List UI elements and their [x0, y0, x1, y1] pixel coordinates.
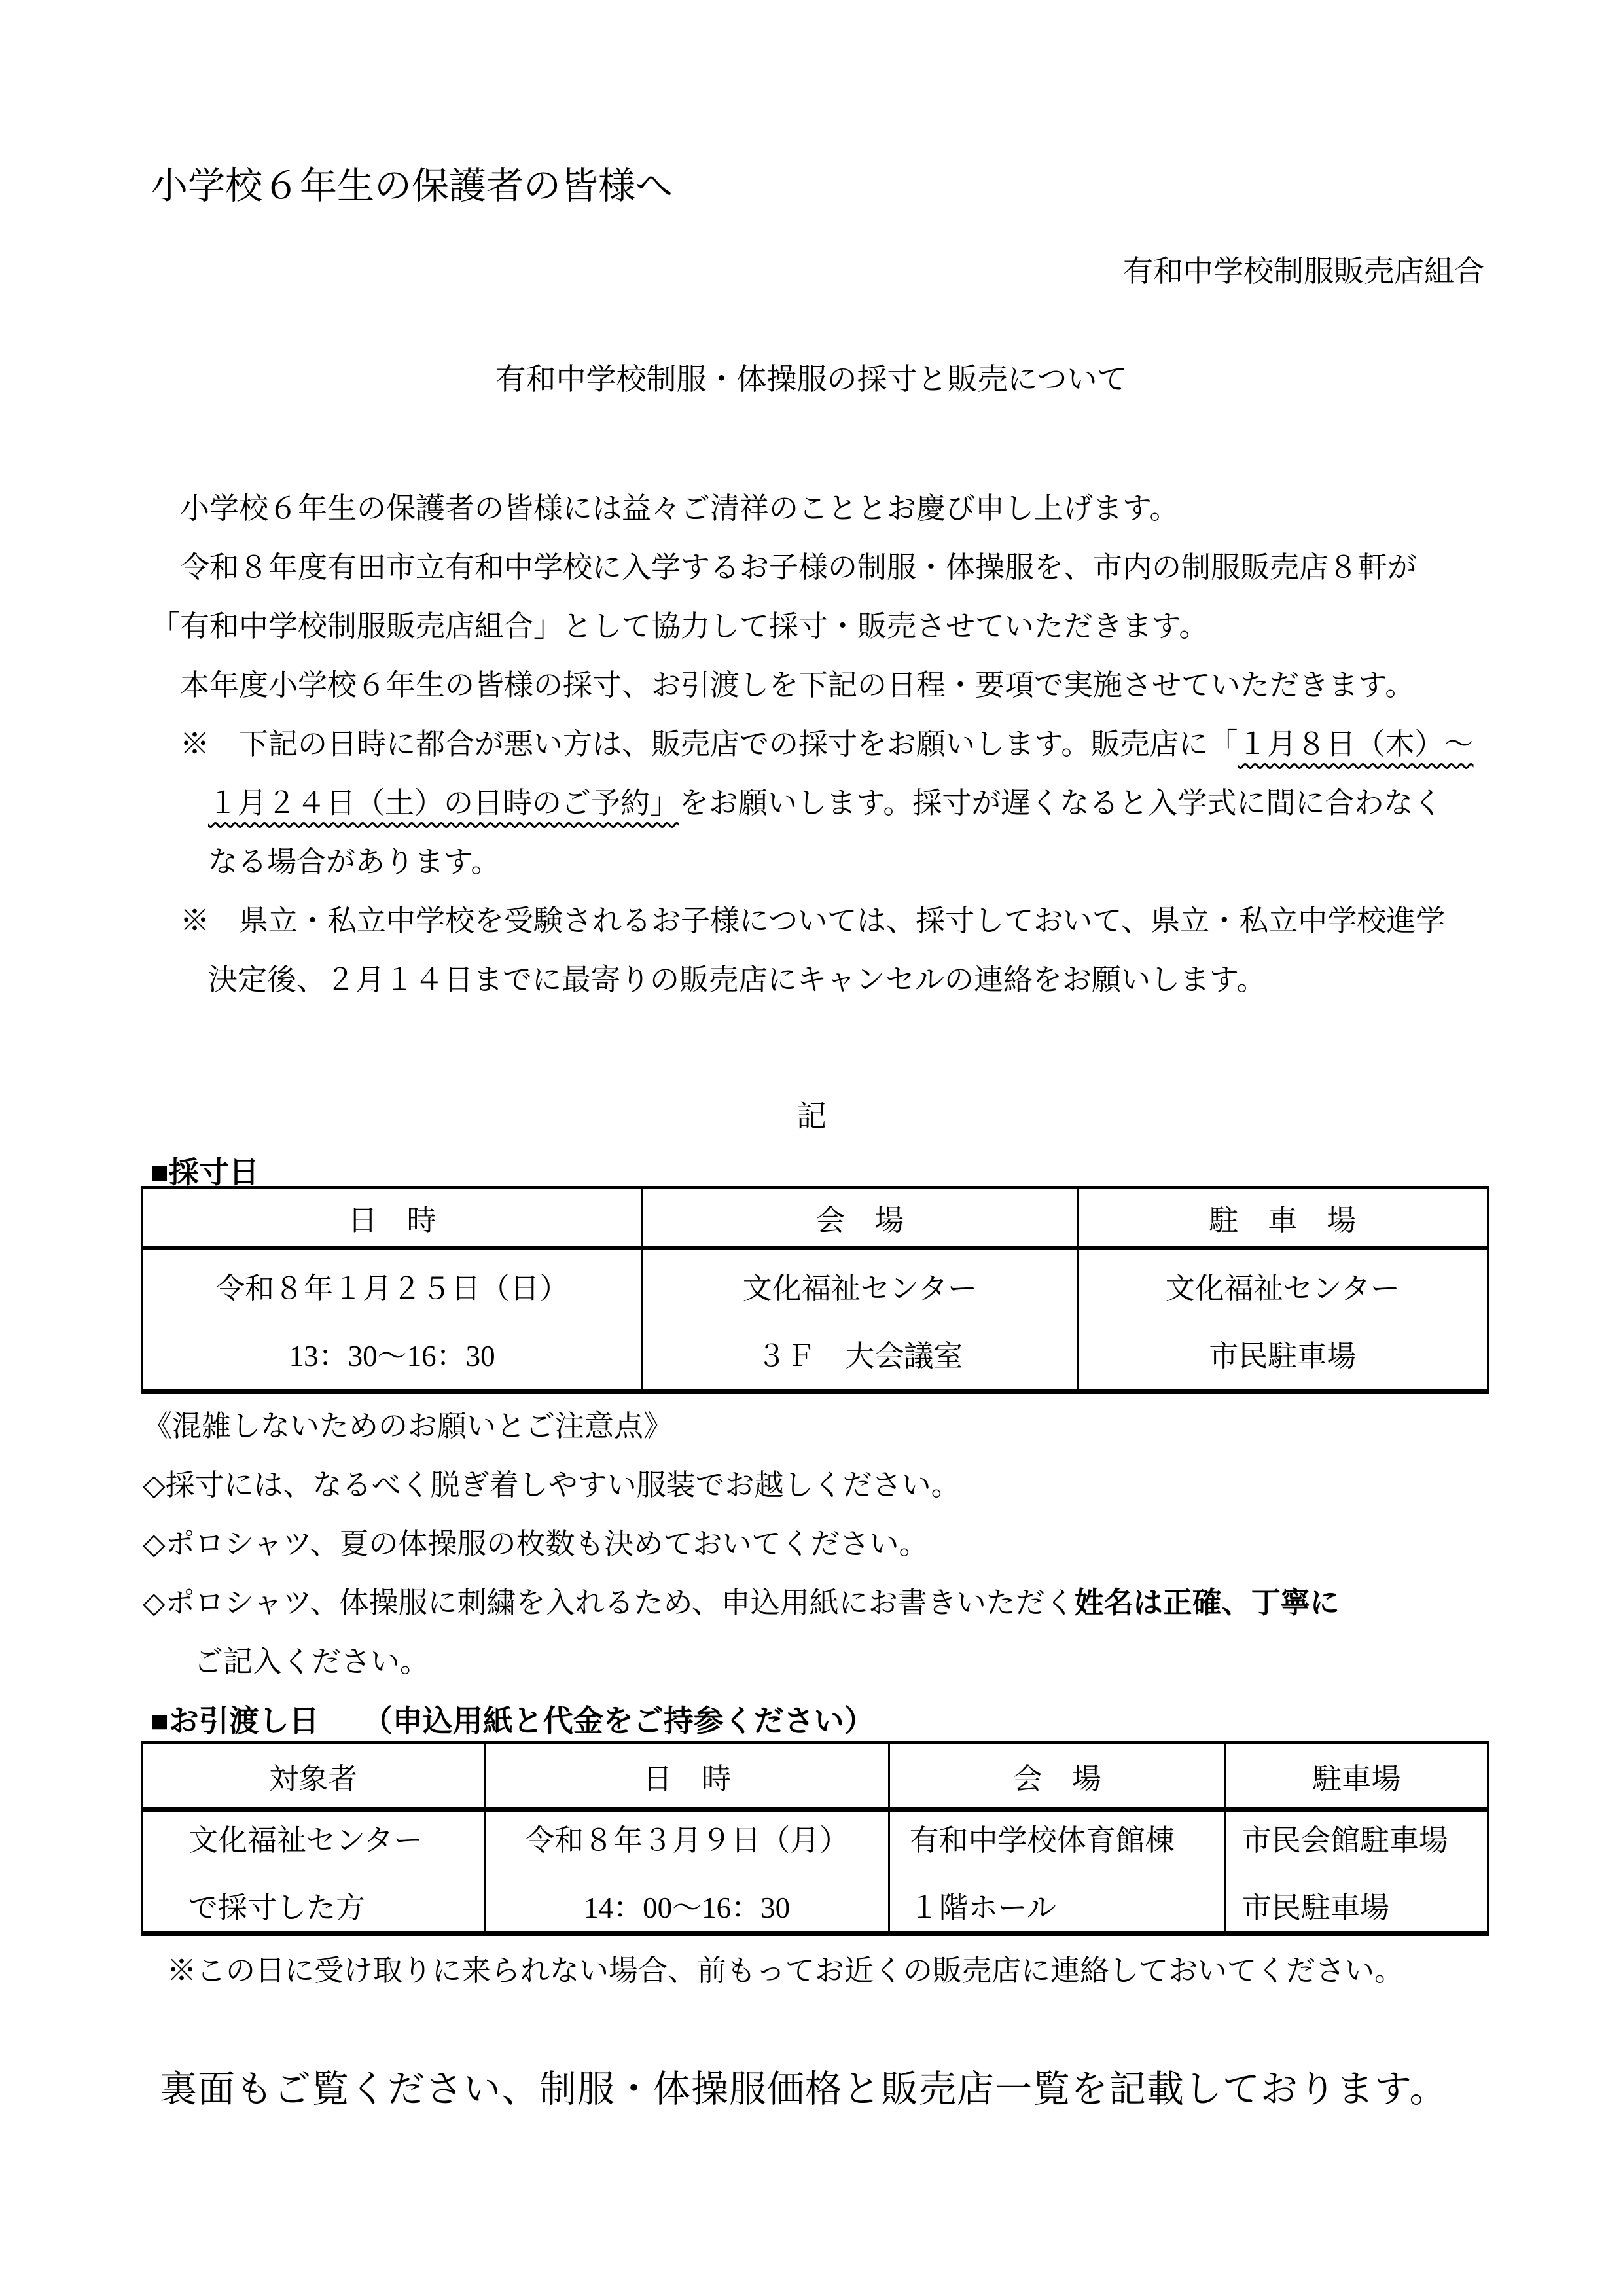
caution-text: ◇ポロシャツ、体操服に刺繍を入れるため、申込用紙にお書きいただく — [143, 1587, 1075, 1619]
body-paragraph: 「有和中学校制服販売店組合」として協力して採寸・販売させていただきます。 — [151, 607, 1208, 646]
cell-line: 令和８年１月２５日（日） — [143, 1265, 641, 1307]
cell-line: 令和８年３月９日（月） — [486, 1816, 888, 1859]
table-cell-datetime: 令和８年３月９日（月） 14：00～16：30 — [485, 1810, 889, 1934]
body-paragraph: 本年度小学校６年生の皆様の採寸、お引渡しを下記の日程・要項で実施させていただきま… — [151, 666, 1414, 705]
document-subject: 有和中学校制服・体操服の採寸と販売について — [0, 360, 1623, 399]
table-cell-parking: 文化福祉センター 市民駐車場 — [1077, 1248, 1488, 1392]
caution-item: ◇ポロシャツ、夏の体操服の枚数も決めておいてください。 — [143, 1525, 929, 1564]
table-cell-target: 文化福祉センター で採寸した方 — [142, 1810, 486, 1934]
body-paragraph-note: ※ 下記の日時に都合が悪い方は、販売店での採寸をお願いします。販売店に「１月８日… — [151, 725, 1473, 764]
body-paragraph: なる場合があります。 — [151, 843, 500, 882]
body-paragraph: 令和８年度有田市立有和中学校に入学するお子様の制服・体操服を、市内の制服販売店８… — [151, 548, 1417, 587]
section-heading-handover-day: ■お引渡し日（申込用紙と代金をご持参ください） — [151, 1702, 874, 1741]
caution-item-continuation: ご記入ください。 — [194, 1643, 429, 1681]
table-cell-venue: 文化福祉センター ３Ｆ 大会議室 — [643, 1248, 1077, 1392]
wavy-underlined-date-range: １月２４日（土）の日時のご予約」 — [208, 787, 679, 819]
table-header-venue: 会 場 — [643, 1188, 1077, 1248]
cell-line: 文化福祉センター — [643, 1265, 1076, 1307]
table-cell-datetime: 令和８年１月２５日（日） 13：30～16：30 — [142, 1248, 643, 1392]
table-header-row: 日 時 会 場 駐 車 場 — [142, 1188, 1488, 1248]
cell-line: 市民会館駐車場 — [1242, 1816, 1487, 1859]
page-title: 小学校６年生の保護者の皆様へ — [151, 162, 673, 211]
body-paragraph-note: ※ 県立・私立中学校を受験されるお子様については、採寸しておいて、県立・私立中学… — [151, 902, 1445, 941]
cell-line: で採寸した方 — [188, 1884, 484, 1926]
footer-notice: 裏面もご覧ください、制服・体操服価格と販売店一覧を記載しております。 — [160, 2066, 1447, 2114]
cell-line: 14：00～16：30 — [486, 1884, 888, 1926]
wavy-underlined-date-range: １月８日（木）～ — [1238, 728, 1473, 761]
table-header-parking: 駐 車 場 — [1077, 1188, 1488, 1248]
cell-line: 有和中学校体育館棟 — [910, 1816, 1224, 1859]
caution-heading: 《混雑しないためのお願いとご注意点》 — [143, 1407, 673, 1446]
body-paragraph: 決定後、２月１４日までに最寄りの販売店にキャンセルの連絡をお願いします。 — [151, 961, 1266, 999]
cell-line: 文化福祉センター — [188, 1816, 484, 1859]
cell-line: １階ホール — [910, 1884, 1224, 1926]
table-header-row: 対象者 日 時 会 場 駐車場 — [142, 1743, 1488, 1810]
heading-parenthetical: （申込用紙と代金をご持参ください） — [363, 1704, 874, 1738]
table-header-datetime: 日 時 — [142, 1188, 643, 1248]
cell-line: ３Ｆ 大会議室 — [643, 1332, 1076, 1374]
table-cell-venue: 有和中学校体育館棟 １階ホール — [889, 1810, 1225, 1934]
caution-item: ◇採寸には、なるべく脱ぎ着しやすい服装でお越しください。 — [143, 1466, 961, 1505]
cell-line: 文化福祉センター — [1079, 1265, 1487, 1307]
table-header-venue: 会 場 — [889, 1743, 1225, 1810]
body-paragraph-note: １月２４日（土）の日時のご予約」をお願いします。採寸が遅くなると入学式に間に合わ… — [151, 784, 1442, 823]
handover-note: ※この日に受け取りに来られない場合、前もってお近くの販売店に連絡しておいてくださ… — [167, 1952, 1404, 1990]
table-header-parking: 駐車場 — [1225, 1743, 1488, 1810]
document-page: 小学校６年生の保護者の皆様へ 有和中学校制服販売店組合 有和中学校制服・体操服の… — [0, 0, 1623, 2296]
table-cell-parking: 市民会館駐車場 市民駐車場 — [1225, 1810, 1488, 1934]
table-data-row: 文化福祉センター で採寸した方 令和８年３月９日（月） 14：00～16：30 … — [142, 1810, 1488, 1934]
note-text: をお願いします。採寸が遅くなると入学式に間に合わなく — [679, 787, 1442, 819]
heading-text: ■お引渡し日 — [151, 1704, 319, 1738]
table-header-datetime: 日 時 — [485, 1743, 889, 1810]
ki-marker: 記 — [0, 1097, 1623, 1136]
table-data-row: 令和８年１月２５日（日） 13：30～16：30 文化福祉センター ３Ｆ 大会議… — [142, 1248, 1488, 1392]
note-text: ※ 下記の日時に都合が悪い方は、販売店での採寸をお願いします。販売店に「 — [180, 728, 1238, 761]
cell-line: 市民駐車場 — [1242, 1884, 1487, 1926]
table-header-target: 対象者 — [142, 1743, 486, 1810]
handover-table: 対象者 日 時 会 場 駐車場 文化福祉センター で採寸した方 令和８年３月９日… — [141, 1741, 1489, 1936]
organization-name: 有和中学校制服販売店組合 — [151, 252, 1484, 291]
body-paragraph: 小学校６年生の保護者の皆様には益々ご清祥のこととお慶び申し上げます。 — [151, 490, 1179, 528]
caution-item: ◇ポロシャツ、体操服に刺繍を入れるため、申込用紙にお書きいただく姓名は正確、丁寧… — [143, 1584, 1340, 1623]
cell-line: 市民駐車場 — [1079, 1332, 1487, 1374]
caution-text-emphasis: 姓名は正確、丁寧に — [1075, 1587, 1340, 1619]
cell-line: 13：30～16：30 — [143, 1332, 641, 1374]
measurement-table: 日 時 会 場 駐 車 場 令和８年１月２５日（日） 13：30～16：30 文… — [141, 1186, 1489, 1394]
